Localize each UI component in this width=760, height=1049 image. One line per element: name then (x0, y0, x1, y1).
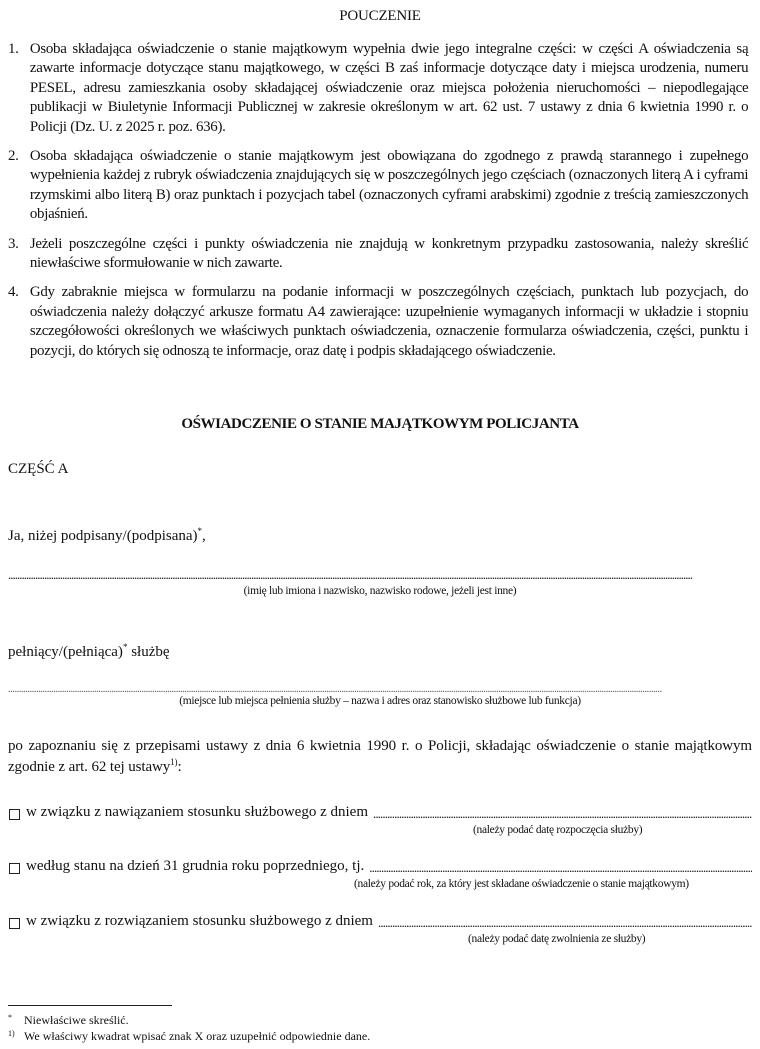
punctuation: : (177, 759, 181, 775)
declaration-body: po zapoznaniu się z przepisami ustawy z … (8, 738, 752, 775)
name-field-caption: (imię lub imiona i nazwisko, nazwisko ro… (0, 585, 760, 597)
year-field[interactable]: ........................................… (369, 858, 752, 876)
punctuation: , (202, 528, 206, 544)
footnote-mark: * (8, 1013, 24, 1022)
signer-line: Ja, niżej podpisany/(podpisana)*, (8, 528, 206, 545)
service-suffix: służbę (127, 644, 169, 660)
option-label: według stanu na dzień 31 grudnia roku po… (26, 858, 364, 876)
form-title: OŚWIADCZENIE O STANIE MAJĄTKOWYM POLICJA… (0, 416, 760, 433)
footnote-2: 1)We właściwy kwadrat wpisać znak X oraz… (8, 1029, 370, 1044)
instruction-text: Osoba składająca oświadczenie o stanie m… (30, 41, 748, 135)
part-heading: CZĘŚĆ A (8, 461, 68, 478)
service-field-caption: (miejsce lub miejsca pełnienia służby – … (0, 695, 760, 707)
end-date-field[interactable]: ........................................… (378, 913, 752, 931)
footnote-divider (8, 1005, 172, 1006)
checkbox-start-service[interactable] (9, 809, 20, 820)
option-label: w związku z rozwiązaniem stosunku służbo… (26, 913, 373, 931)
footnote-mark: 1) (8, 1029, 24, 1038)
option-start-service: w związku z nawiązaniem stosunku służbow… (8, 804, 752, 822)
signer-label: Ja, niżej podpisany/(podpisana) (8, 528, 198, 544)
option-year-end: według stanu na dzień 31 grudnia roku po… (8, 858, 752, 876)
instructions-list: 1. Osoba składająca oświadczenie o stani… (8, 40, 752, 371)
instruction-text: Gdy zabraknie miejsca w formularzu na po… (30, 284, 748, 358)
start-date-field[interactable]: ........................................… (373, 804, 752, 822)
instruction-item: 3. Jeżeli poszczególne części i punkty o… (8, 235, 748, 274)
instruction-item: 1. Osoba składająca oświadczenie o stani… (8, 40, 748, 137)
checkbox-end-service[interactable] (9, 918, 20, 929)
service-field[interactable]: ........................................… (8, 682, 750, 696)
instruction-number: 4. (8, 283, 19, 302)
instruction-number: 3. (8, 235, 19, 254)
checkbox-year-end[interactable] (9, 863, 20, 874)
instruction-item: 2. Osoba składająca oświadczenie o stani… (8, 147, 748, 225)
end-date-caption: (należy podać datę zwolnienia ze służby) (468, 933, 645, 945)
name-field[interactable]: ........................................… (8, 568, 750, 582)
footnote-text: Niewłaściwe skreślić. (24, 1013, 129, 1027)
footnote-1: *Niewłaściwe skreślić. (8, 1013, 129, 1028)
service-line: pełniący/(pełniąca)* służbę (8, 644, 170, 661)
start-date-caption: (należy podać datę rozpoczęcia służby) (473, 824, 642, 836)
declaration-text: po zapoznaniu się z przepisami ustawy z … (8, 736, 752, 778)
instruction-item: 4. Gdy zabraknie miejsca w formularzu na… (8, 283, 748, 361)
option-label: w związku z nawiązaniem stosunku służbow… (26, 804, 368, 822)
instruction-number: 1. (8, 40, 19, 59)
option-end-service: w związku z rozwiązaniem stosunku służbo… (8, 913, 752, 931)
year-caption: (należy podać rok, za który jest składan… (354, 878, 689, 890)
instructions-title: POUCZENIE (0, 8, 760, 25)
service-label: pełniący/(pełniąca) (8, 644, 123, 660)
instruction-text: Jeżeli poszczególne części i punkty oświ… (30, 236, 748, 271)
instruction-number: 2. (8, 147, 19, 166)
footnote-text: We właściwy kwadrat wpisać znak X oraz u… (24, 1029, 370, 1043)
instruction-text: Osoba składająca oświadczenie o stanie m… (30, 148, 748, 222)
